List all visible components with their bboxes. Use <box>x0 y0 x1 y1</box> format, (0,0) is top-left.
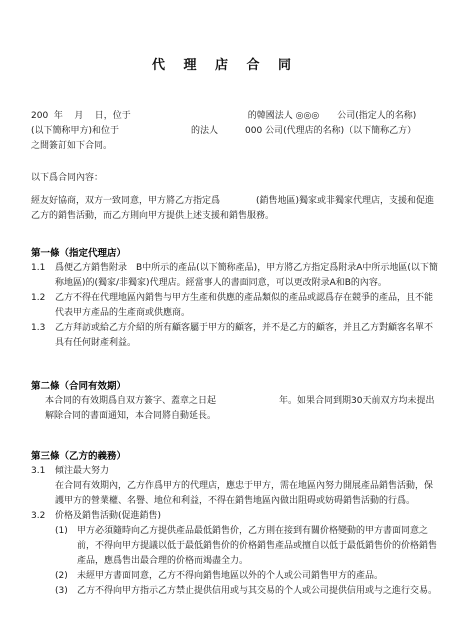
preamble-paragraph: 經友好協商，双方一致同意，甲方將乙方指定爲 (銷售地區)獨家或非獨家代理店，支援… <box>31 194 440 224</box>
clause-text: 爲便乙方銷售附录 B中所示的產品(以下簡称產品)，甲方將乙方指定爲附录A中所示地… <box>55 261 440 291</box>
clause-3-1-body: 在合同有效期內，乙方作爲甲方的代理店，應忠于甲方，需在地區內努力開展產品銷售活動… <box>55 479 440 509</box>
subclause-text: 甲方必須隨時向乙方提供產品最低銷售价，乙方則在接到有關价格變動的甲方書面同意之前… <box>77 524 440 569</box>
subclause-3-2-3: (3) 乙方不得向甲方指示乙方禁止提供信用或与其交易的个人或公司提供信用或与之進… <box>55 584 440 599</box>
clause-title: 傾注最大努力 <box>55 464 440 479</box>
clause-number: 1.2 <box>31 291 55 321</box>
contract-document-page: 代 理 店 合 同 200 年 月 日，位于 的韓國法人 ◎◎◎ 公司(指定人的… <box>0 0 450 636</box>
subclause-text: 未經甲方書面同意，乙方不得向銷售地區以外的个人或公司銷售甲方的產品。 <box>77 569 440 584</box>
clause-3-2-title-row: 3.2 价格及銷售活動(促進銷售) <box>31 509 440 524</box>
subclause-number: (3) <box>55 584 77 599</box>
subclause-number: (1) <box>55 524 77 569</box>
subclause-text: 乙方不得向甲方指示乙方禁止提供信用或与其交易的个人或公司提供信用或与之進行交易。 <box>77 584 440 599</box>
clause-3-1-title-row: 3.1 傾注最大努力 <box>31 464 440 479</box>
clause-1-3: 1.3 乙方拜訪或給乙方介紹的所有顧客屬于甲方的顧客，并不是乙方的顧客，并且乙方… <box>31 321 440 351</box>
section-2-body: 本合同的有效期爲自双方簽字、蓋章之日起 年。如果合同到期30天前双方均未提出解除… <box>45 394 440 424</box>
subclause-3-2-2: (2) 未經甲方書面同意，乙方不得向銷售地區以外的个人或公司銷售甲方的產品。 <box>55 569 440 584</box>
clause-1-1: 1.1 爲便乙方銷售附录 B中所示的產品(以下簡称產品)，甲方將乙方指定爲附录A… <box>31 261 440 291</box>
intro-line-closing: 之間簽訂如下合同。 <box>31 139 440 154</box>
section-2-heading: 第二條（合同有效期） <box>31 379 440 394</box>
intro-line-date-parties: 200 年 月 日，位于 的韓國法人 ◎◎◎ 公司(指定人的名称) <box>31 109 440 124</box>
clause-text: 乙方拜訪或給乙方介紹的所有顧客屬于甲方的顧客，并不是乙方的顧客，并且乙方對顧客名… <box>55 321 440 351</box>
clause-title: 价格及銷售活動(促進銷售) <box>55 509 440 524</box>
document-title: 代 理 店 合 同 <box>0 58 450 73</box>
section-1-heading: 第一條（指定代理店） <box>31 246 440 261</box>
clause-text: 乙方不得在代理地區內銷售与甲方生產和供應的產品類似的產品或認爲存在競爭的產品，且… <box>55 291 440 321</box>
content-intro-label: 以下爲合同內容： <box>31 171 440 186</box>
clause-number: 1.1 <box>31 261 55 291</box>
clause-1-2: 1.2 乙方不得在代理地區內銷售与甲方生產和供應的產品類似的產品或認爲存在競爭的… <box>31 291 440 321</box>
clause-number: 3.1 <box>31 464 55 479</box>
intro-paragraph: 200 年 月 日，位于 的韓國法人 ◎◎◎ 公司(指定人的名称) (以下簡称甲… <box>31 109 440 154</box>
section-3-heading: 第三條（乙方的義務） <box>31 449 440 464</box>
clause-number: 1.3 <box>31 321 55 351</box>
intro-line-party-b: (以下簡称甲方)和位于 的法人 000 公司(代理店的名称)（以下簡称乙方） <box>31 124 440 139</box>
clause-number: 3.2 <box>31 509 55 524</box>
subclause-3-2-1: (1) 甲方必須隨時向乙方提供產品最低銷售价，乙方則在接到有關价格變動的甲方書面… <box>55 524 440 569</box>
subclause-number: (2) <box>55 569 77 584</box>
